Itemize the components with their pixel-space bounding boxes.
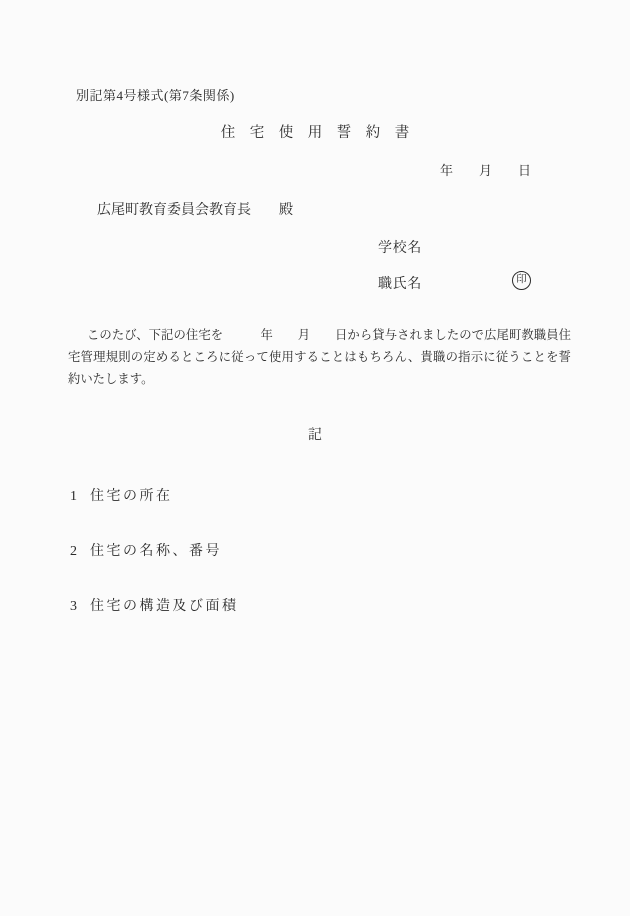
pledge-body-text: このたび、下記の住宅を 年 月 日から貸与されましたので広尾町教職員住宅管理規則… [68, 324, 571, 390]
page-title: 住 宅 使 用 誓 約 書 [0, 121, 630, 142]
section-marker: 記 [0, 424, 630, 444]
form-number: 別記第4号様式(第7条関係) [76, 85, 235, 104]
position-name-label: 職氏名 [378, 273, 422, 293]
date-blank-line: 年 月 日 [440, 160, 531, 179]
item-label: 住宅の構造及び面積 [90, 595, 239, 615]
pledge-document-page: 別記第4号様式(第7条関係) 住 宅 使 用 誓 約 書 年 月 日 広尾町教育… [0, 0, 630, 916]
item-label: 住宅の所在 [90, 485, 173, 505]
addressee-name: 広尾町教育委員会教育長 [97, 199, 251, 219]
item-number: 2 [70, 544, 90, 560]
school-name-label: 学校名 [378, 237, 422, 257]
list-item: 2 住宅の名称、番号 [70, 540, 222, 560]
addressee-line: 広尾町教育委員会教育長 殿 [97, 199, 293, 219]
list-item: 1 住宅の所在 [70, 485, 173, 505]
seal-stamp-icon: 印 [512, 271, 531, 290]
item-label: 住宅の名称、番号 [90, 540, 222, 560]
list-item: 3 住宅の構造及び面積 [70, 595, 239, 615]
item-number: 1 [70, 489, 90, 505]
item-number: 3 [70, 599, 90, 615]
addressee-honorific: 殿 [279, 199, 293, 219]
